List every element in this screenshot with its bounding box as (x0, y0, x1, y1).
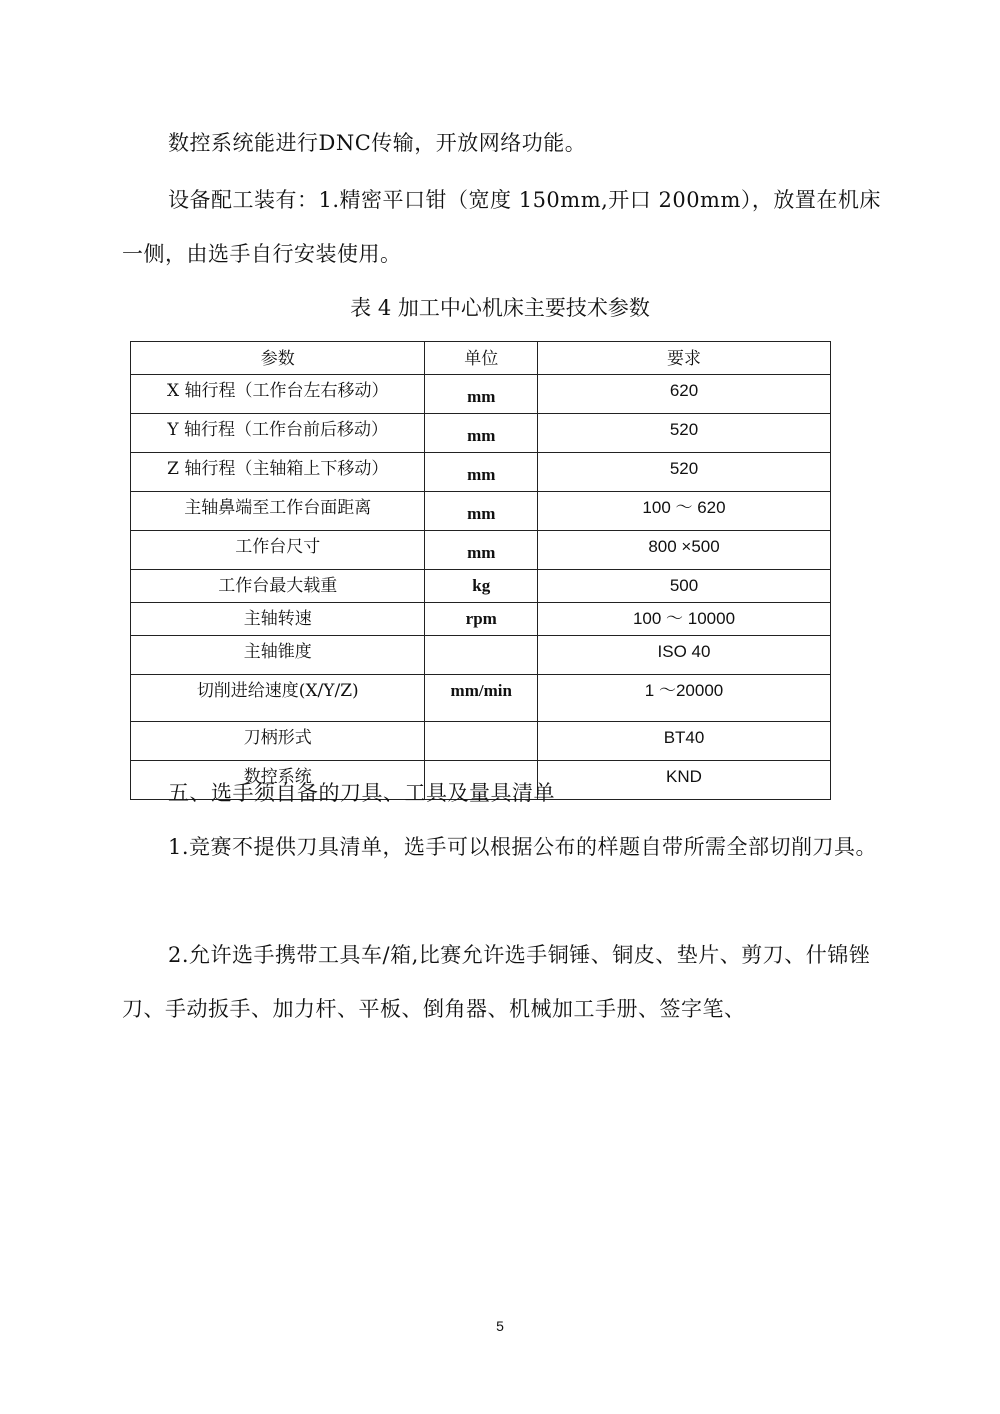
page-number: 5 (0, 1318, 1000, 1334)
param-cell: 主轴转速 (131, 603, 425, 636)
unit-cell: mm (425, 492, 538, 531)
table-row: 切削进给速度(X/Y/Z) mm/min 1 ～20000 (131, 675, 831, 722)
value-cell: 800 ×500 (538, 531, 831, 570)
unit-cell: mm/min (425, 675, 538, 722)
value-cell: 100 ～ 620 (538, 492, 831, 531)
unit-cell: kg (425, 570, 538, 603)
param-cell: 工作台尺寸 (131, 531, 425, 570)
unit-cell (425, 722, 538, 761)
value-cell: ISO 40 (538, 636, 831, 675)
value-cell: 620 (538, 375, 831, 414)
unit-cell: mm (425, 453, 538, 492)
param-cell: 工作台最大载重 (131, 570, 425, 603)
paragraph-dnc: 数控系统能进行DNC传输，开放网络功能。 (122, 116, 882, 170)
header-value: 要求 (538, 342, 831, 375)
value-cell: 520 (538, 453, 831, 492)
unit-cell: mm (425, 531, 538, 570)
value-cell: 100 ～ 10000 (538, 603, 831, 636)
param-cell: Y 轴行程（工作台前后移动） (131, 414, 425, 453)
unit-cell (425, 636, 538, 675)
header-unit: 单位 (425, 342, 538, 375)
table-row: 主轴转速 rpm 100 ～ 10000 (131, 603, 831, 636)
table-row: Y 轴行程（工作台前后移动） mm 520 (131, 414, 831, 453)
param-cell: 切削进给速度(X/Y/Z) (131, 675, 425, 722)
section-heading: 五、选手须自备的刀具、工具及量具清单 (122, 766, 882, 820)
param-cell: X 轴行程（工作台左右移动） (131, 375, 425, 414)
unit-cell: rpm (425, 603, 538, 636)
value-cell: 1 ～20000 (538, 675, 831, 722)
table-header-row: 参数 单位 要求 (131, 342, 831, 375)
table-row: 工作台尺寸 mm 800 ×500 (131, 531, 831, 570)
param-cell: 刀柄形式 (131, 722, 425, 761)
table-row: 主轴锥度 ISO 40 (131, 636, 831, 675)
value-cell: BT40 (538, 722, 831, 761)
unit-cell: mm (425, 375, 538, 414)
param-cell: Z 轴行程（主轴箱上下移动） (131, 453, 425, 492)
table-row: 刀柄形式 BT40 (131, 722, 831, 761)
table-row: Z 轴行程（主轴箱上下移动） mm 520 (131, 453, 831, 492)
value-cell: 520 (538, 414, 831, 453)
table-row: X 轴行程（工作台左右移动） mm 620 (131, 375, 831, 414)
list-item: 1.竞赛不提供刀具清单，选手可以根据公布的样题自带所需全部切削刀具。 (122, 820, 882, 874)
table-row: 工作台最大载重 kg 500 (131, 570, 831, 603)
paragraph-fixtures: 设备配工装有：1.精密平口钳（宽度 150mm,开口 200mm），放置在机床一… (122, 173, 882, 281)
list-item: 2.允许选手携带工具车/箱,比赛允许选手铜锤、铜皮、垫片、剪刀、什锦锉刀、手动扳… (122, 928, 882, 1036)
value-cell: 500 (538, 570, 831, 603)
param-cell: 主轴鼻端至工作台面距离 (131, 492, 425, 531)
table-row: 主轴鼻端至工作台面距离 mm 100 ～ 620 (131, 492, 831, 531)
header-param: 参数 (131, 342, 425, 375)
table-caption: 表 4 加工中心机床主要技术参数 (0, 288, 1000, 328)
unit-cell: mm (425, 414, 538, 453)
spec-table: 参数 单位 要求 X 轴行程（工作台左右移动） mm 620 Y 轴行程（工作台… (130, 341, 831, 800)
param-cell: 主轴锥度 (131, 636, 425, 675)
